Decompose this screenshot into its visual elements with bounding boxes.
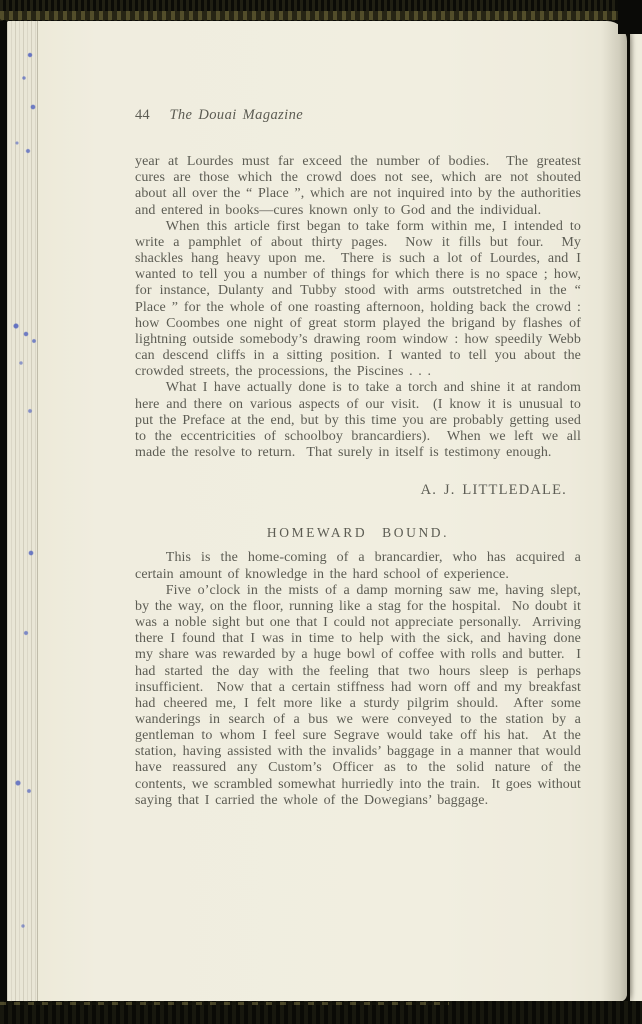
book-cover-bottom-edge bbox=[0, 1001, 642, 1024]
page-number: 44 bbox=[135, 107, 150, 123]
page-right-crease bbox=[601, 21, 627, 1002]
deckle-edge-speckles bbox=[7, 21, 38, 1002]
author-signature: A. J. LITTLEDALE. bbox=[135, 482, 567, 498]
paragraph: Five o’clock in the mists of a damp morn… bbox=[135, 583, 581, 809]
article-end-body: year at Lourdes must far exceed the numb… bbox=[135, 154, 581, 461]
paragraph: When this article first began to take fo… bbox=[135, 219, 581, 381]
next-article-body: This is the home-coming of a brancardier… bbox=[135, 550, 581, 809]
paragraph: year at Lourdes must far exceed the numb… bbox=[135, 154, 581, 219]
next-leaf-edge bbox=[630, 26, 642, 1014]
page-content: 44 The Douai Magazine year at Lourdes mu… bbox=[135, 107, 581, 809]
book-scan: 44 The Douai Magazine year at Lourdes mu… bbox=[0, 0, 642, 1024]
magazine-page: 44 The Douai Magazine year at Lourdes mu… bbox=[7, 21, 627, 1002]
running-head: 44 The Douai Magazine bbox=[135, 107, 581, 123]
paragraph: This is the home-coming of a brancardier… bbox=[135, 550, 581, 582]
article-heading: HOMEWARD BOUND. bbox=[135, 525, 581, 541]
cover-corner bbox=[618, 0, 642, 34]
magazine-title: The Douai Magazine bbox=[169, 107, 303, 123]
paragraph: What I have actually done is to take a t… bbox=[135, 380, 581, 461]
book-cover-top-edge bbox=[0, 0, 642, 21]
